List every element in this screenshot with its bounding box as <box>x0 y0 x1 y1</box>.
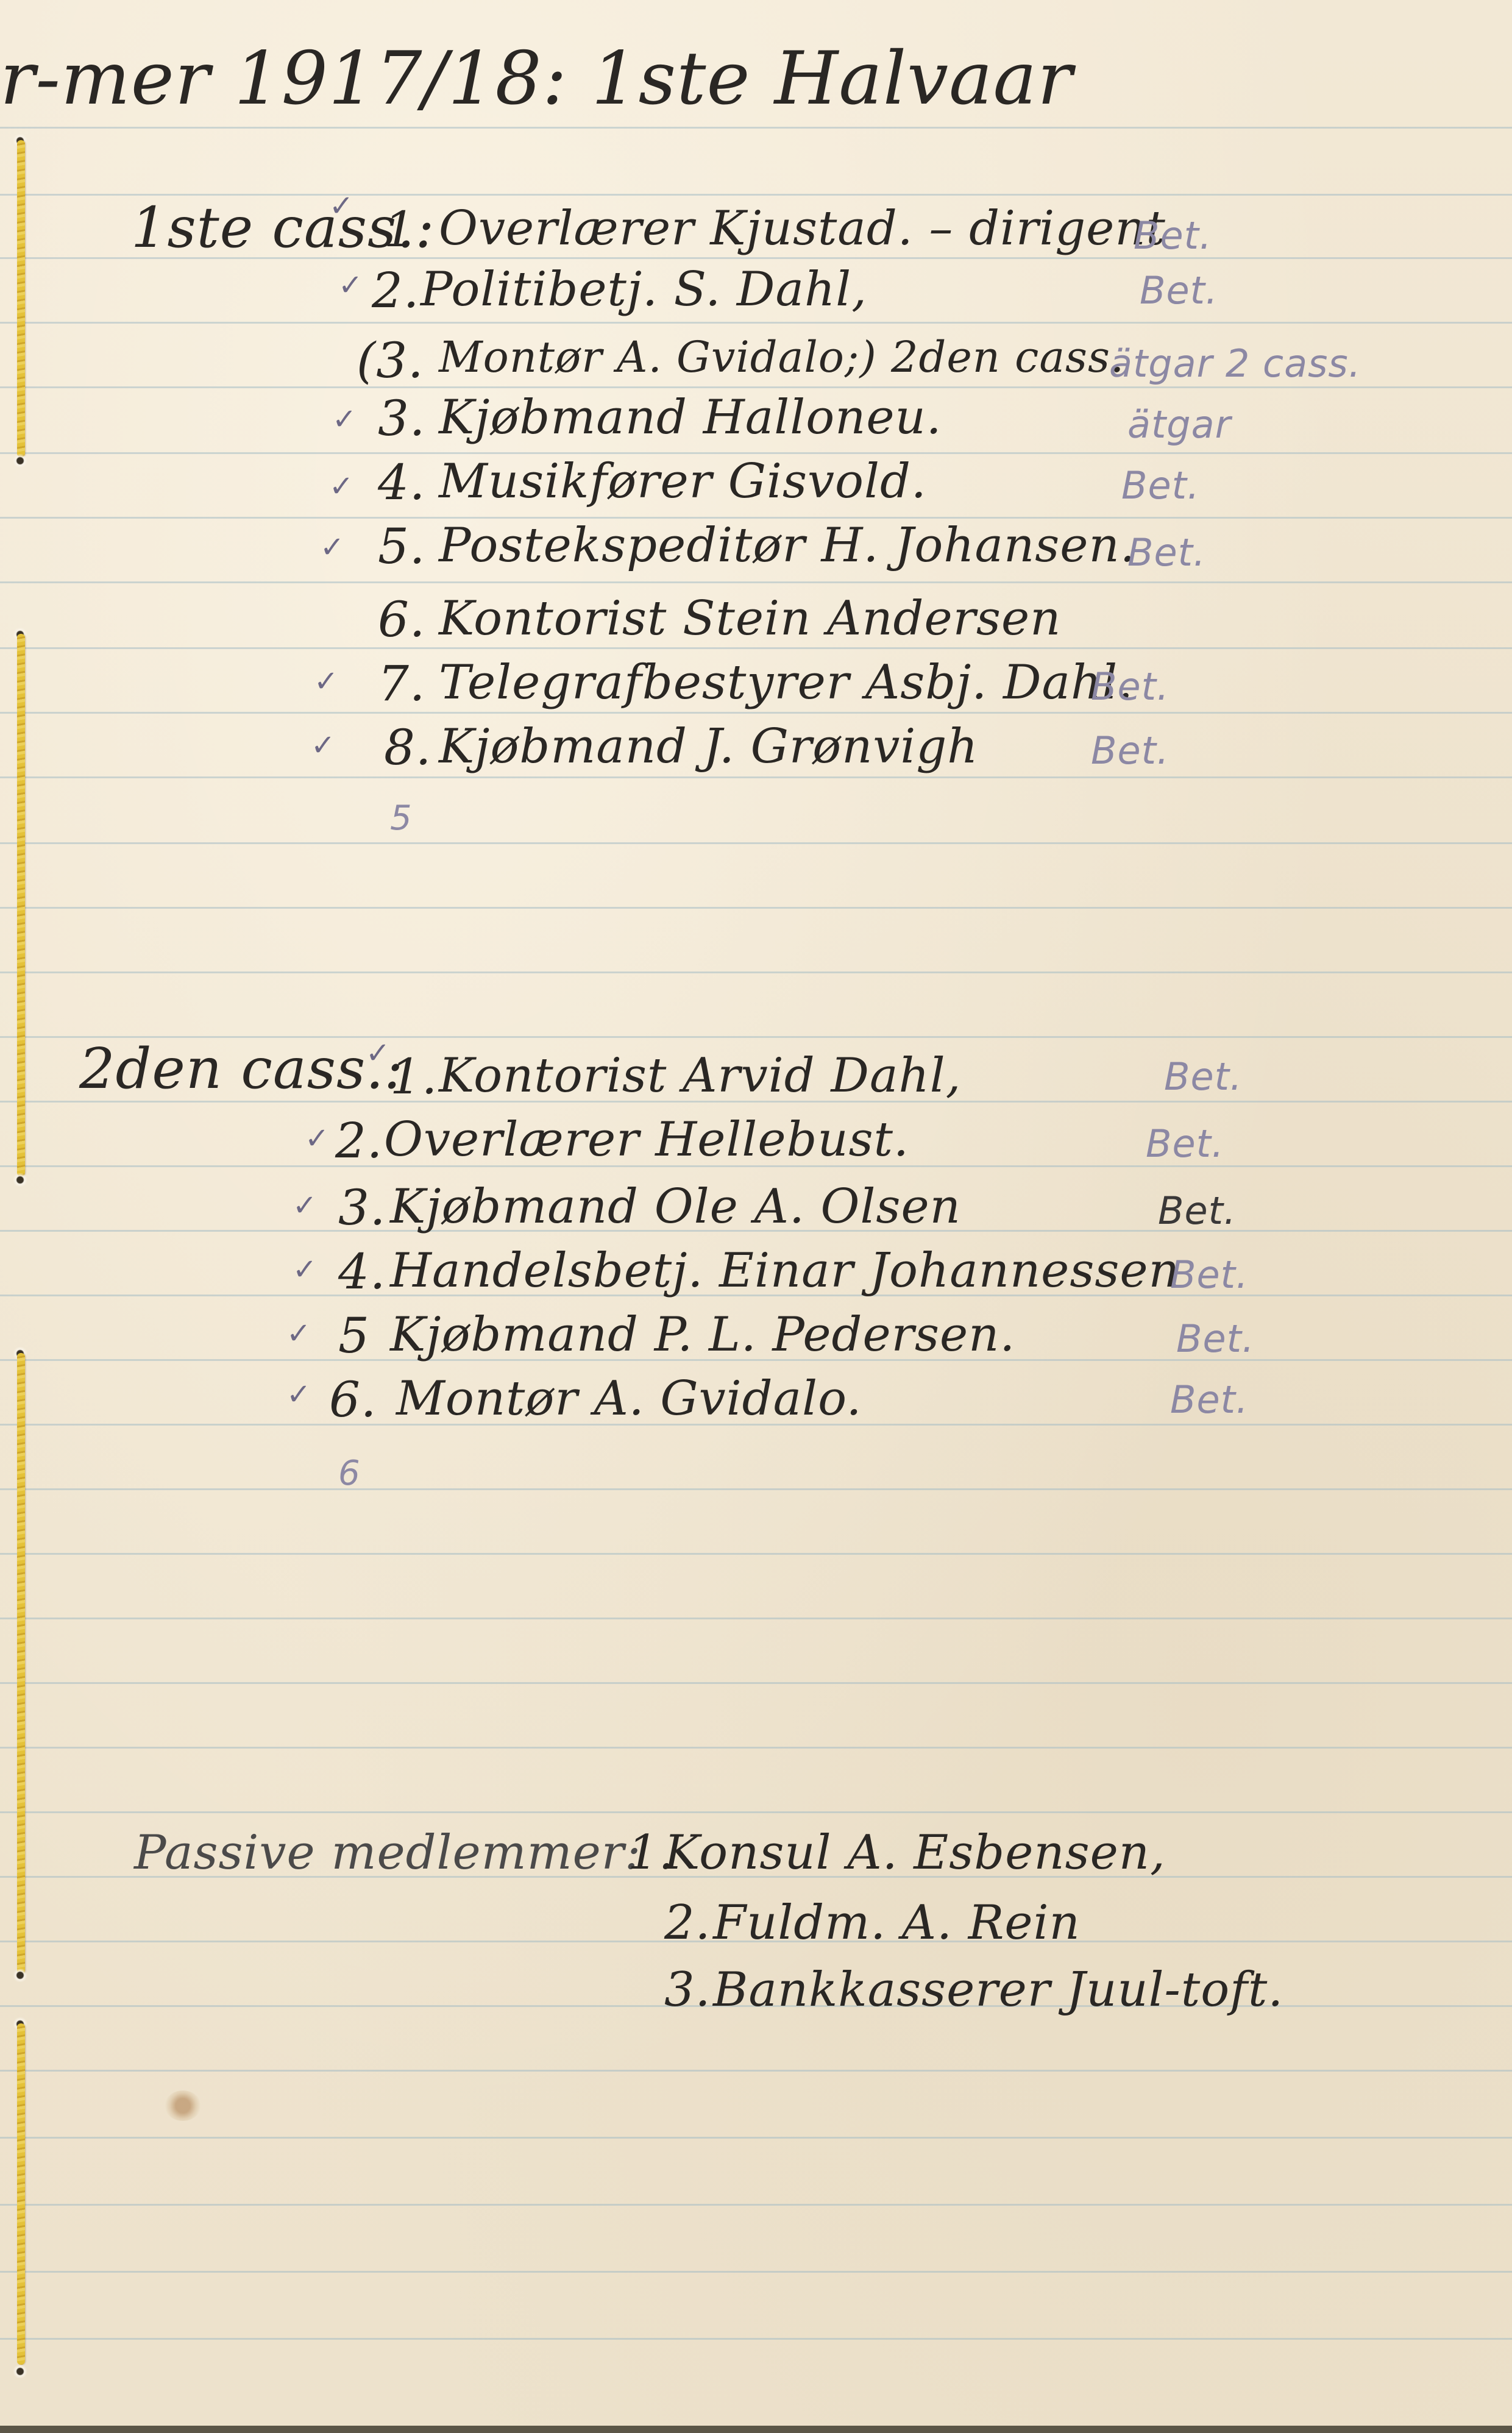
entry-name: Overlærer Hellebust. <box>384 1112 909 1167</box>
checkmark-icon: ✓ <box>293 1252 317 1287</box>
entry-name: Handelsbetj. Einar Johannessen <box>390 1243 1180 1298</box>
entry-name: Postekspeditør H. Johansen. <box>439 518 1136 573</box>
payment-status: Bet. <box>1140 268 1218 313</box>
entry-number: 6. <box>329 1371 377 1428</box>
payment-status: Bet. <box>1170 1377 1249 1422</box>
checkmark-icon: ✓ <box>329 469 353 503</box>
entry-number: 3. <box>338 1179 386 1236</box>
entry-number: (3. <box>357 332 424 389</box>
entry-number: 1. <box>384 201 431 258</box>
entry-name: Montør A. Gvidalo;) 2den cass. <box>439 332 1124 382</box>
checkmark-icon: ✓ <box>311 728 335 762</box>
checkmark-icon: ✓ <box>366 1036 390 1070</box>
page-bottom-edge <box>0 2426 1512 2433</box>
entry-number: 5 <box>338 1307 370 1364</box>
entry-name: Fuldm. A. Rein <box>713 1895 1081 1950</box>
checkmark-icon: ✓ <box>286 1316 311 1351</box>
checkmark-icon: ✓ <box>338 268 363 302</box>
member-count-note: 5 <box>390 798 413 838</box>
checkmark-icon: ✓ <box>286 1377 311 1412</box>
entry-number: 1. <box>390 1048 438 1105</box>
checkmark-icon: ✓ <box>305 1121 329 1156</box>
checkmark-icon: ✓ <box>329 189 353 223</box>
entry-name: Montør A. Gvidalo. <box>396 1371 862 1426</box>
entry-number: 4. <box>378 454 425 511</box>
checkmark-icon: ✓ <box>314 664 338 698</box>
checkmark-icon: ✓ <box>320 530 344 564</box>
entry-name: Kjøbmand Halloneu. <box>439 390 942 445</box>
entry-name: Overlærer Kjustad. – dirigent <box>439 201 1166 256</box>
entry-number: 2. <box>664 1895 711 1950</box>
payment-status: Bet. <box>1158 1188 1237 1233</box>
entry-name: Kjøbmand Ole A. Olsen <box>390 1179 961 1234</box>
entry-number: 2. <box>335 1112 383 1169</box>
entry-number: 4. <box>338 1243 386 1300</box>
entry-number: 5. <box>378 518 425 575</box>
checkmark-icon: ✓ <box>332 402 357 436</box>
entry-number: 6. <box>378 591 425 648</box>
entry-name: Kontorist Stein Andersen <box>439 591 1061 646</box>
entry-name: Kontorist Arvid Dahl, <box>439 1048 961 1103</box>
page-title: r-mer 1917/18: 1ste Halvaar <box>0 37 1073 121</box>
payment-status: Bet. <box>1127 530 1206 575</box>
member-count-note: 6 <box>338 1454 361 1493</box>
payment-status: Bet. <box>1121 463 1200 508</box>
checkmark-icon: ✓ <box>293 1188 317 1223</box>
payment-status: ätgar <box>1127 402 1231 447</box>
payment-status: Bet. <box>1146 1121 1224 1166</box>
entry-number: 2. <box>372 262 419 319</box>
entry-number: 8. <box>384 719 431 776</box>
ink-stain <box>165 2090 201 2121</box>
entry-name: Musikfører Gisvold. <box>439 454 927 509</box>
entry-name: Bankkasserer Juul-toft. <box>713 1962 1283 2017</box>
payment-status: Bet. <box>1170 1252 1249 1297</box>
entry-name: Politibetj. S. Dahl, <box>421 262 867 317</box>
payment-status: Bet. <box>1164 1054 1243 1099</box>
second-class-label: 2den cass.: <box>79 1036 403 1101</box>
entry-name: Telegrafbestyrer Asbj. Dahl. <box>439 655 1134 710</box>
entry-number: 3. <box>664 1962 711 2017</box>
entry-name: Konsul A. Esbensen, <box>664 1825 1166 1880</box>
payment-status: Bet. <box>1091 664 1169 709</box>
payment-status: Bet. <box>1091 728 1169 773</box>
payment-status: ätgar 2 cass. <box>1109 341 1361 386</box>
payment-status: Bet. <box>1134 213 1212 258</box>
passive-members-label: Passive medlemmer: <box>134 1825 641 1880</box>
entry-number: 3. <box>378 390 425 447</box>
payment-status: Bet. <box>1176 1316 1255 1361</box>
entry-name: Kjøbmand P. L. Pedersen. <box>390 1307 1015 1362</box>
entry-number: 7. <box>378 655 425 712</box>
entry-name: Kjøbmand J. Grønvigh <box>439 719 979 774</box>
